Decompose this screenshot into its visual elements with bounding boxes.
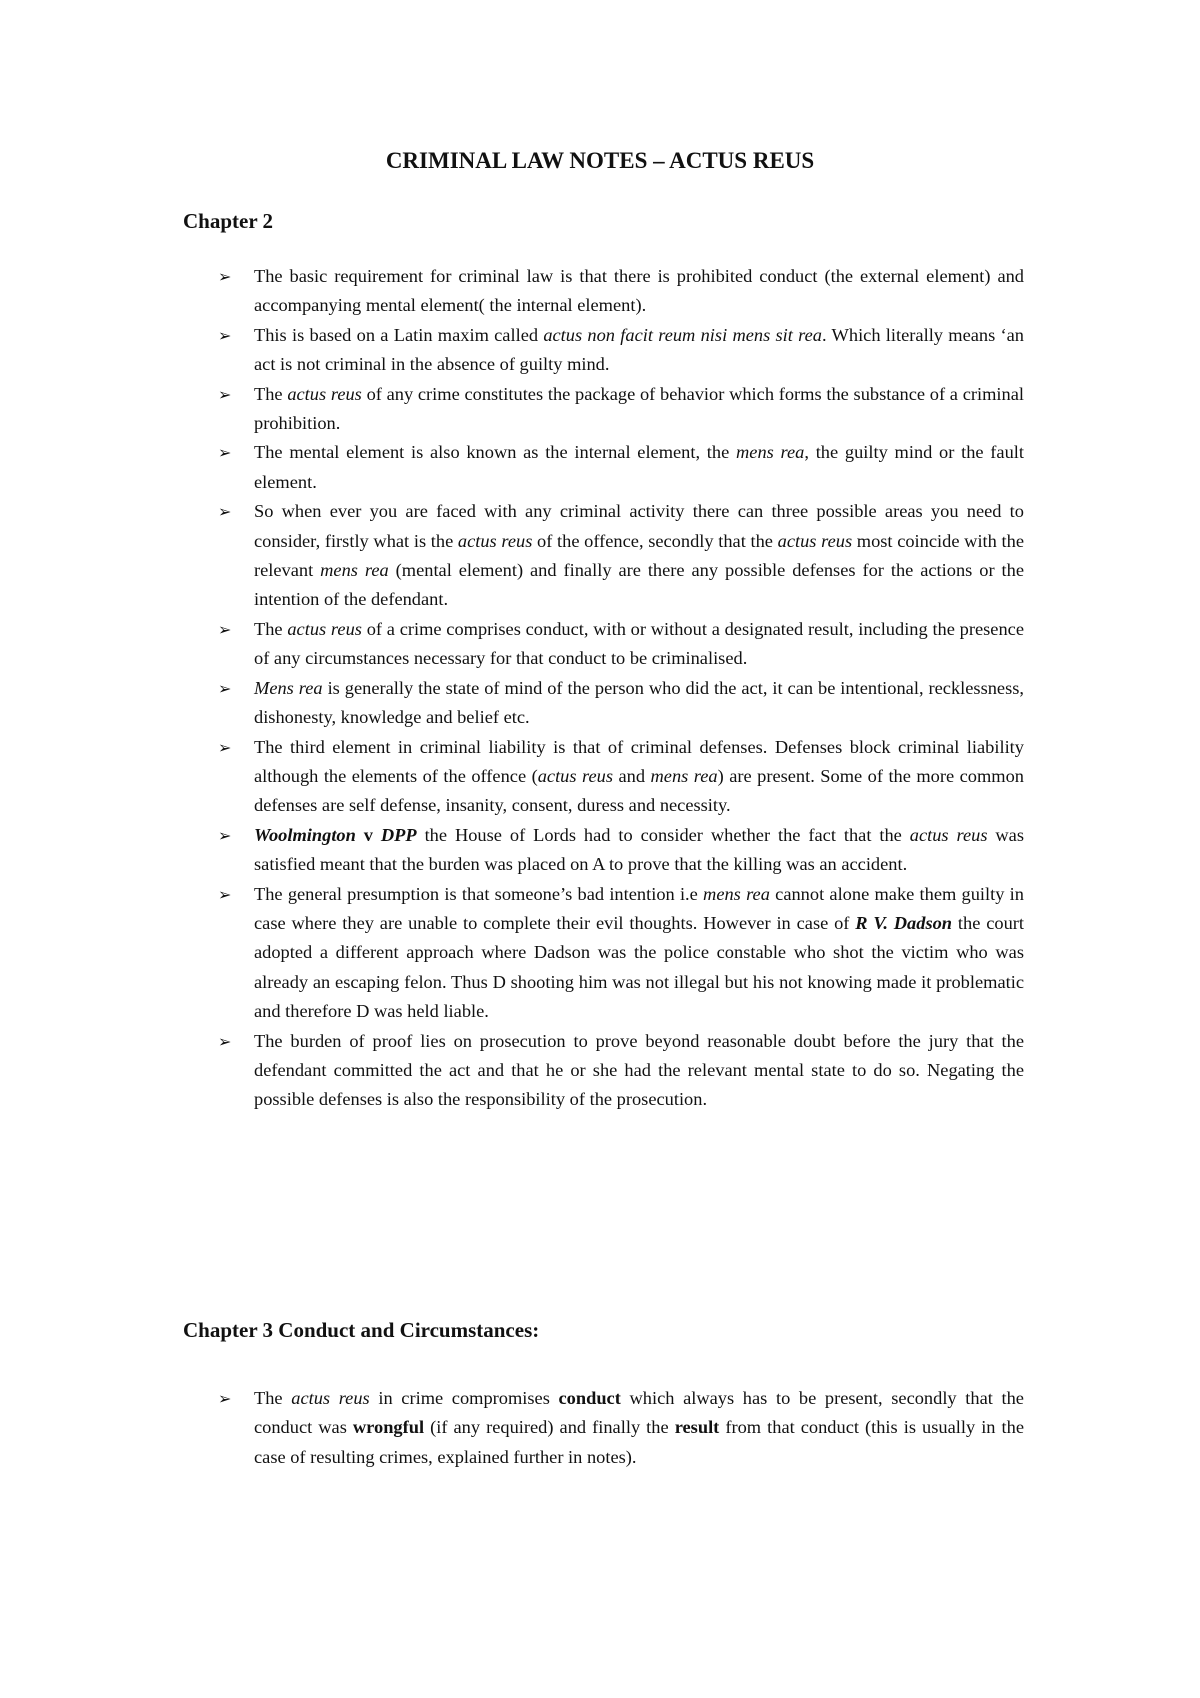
bullet-text: The actus reus of a crime comprises cond…	[254, 619, 1024, 668]
bullet-item: ➢The basic requirement for criminal law …	[218, 262, 1024, 321]
bullet-item: ➢The general presumption is that someone…	[218, 880, 1024, 1027]
arrowhead-bullet-icon: ➢	[218, 821, 231, 850]
document-title: CRIMINAL LAW NOTES – ACTUS REUS	[0, 148, 1200, 174]
arrowhead-bullet-icon: ➢	[218, 262, 231, 291]
arrowhead-bullet-icon: ➢	[218, 615, 231, 644]
bullet-item: ➢The burden of proof lies on prosecution…	[218, 1027, 1024, 1115]
bullet-text: This is based on a Latin maxim called ac…	[254, 325, 1024, 374]
chapter-2-bullet-list: ➢The basic requirement for criminal law …	[218, 262, 1024, 1115]
bullet-item: ➢The mental element is also known as the…	[218, 438, 1024, 497]
arrowhead-bullet-icon: ➢	[218, 733, 231, 762]
arrowhead-bullet-icon: ➢	[218, 880, 231, 909]
bullet-text: The third element in criminal liability …	[254, 737, 1024, 816]
arrowhead-bullet-icon: ➢	[218, 497, 231, 526]
bullet-item: ➢The actus reus of a crime comprises con…	[218, 615, 1024, 674]
bullet-text: The actus reus of any crime constitutes …	[254, 384, 1024, 433]
bullet-text: Woolmington v DPP the House of Lords had…	[254, 825, 1024, 874]
bullet-item: ➢The actus reus in crime compromises con…	[218, 1384, 1024, 1472]
bullet-item: ➢The third element in criminal liability…	[218, 733, 1024, 821]
bullet-text: Mens rea is generally the state of mind …	[254, 678, 1024, 727]
bullet-item: ➢The actus reus of any crime constitutes…	[218, 380, 1024, 439]
bullet-text: The general presumption is that someone’…	[254, 884, 1024, 1022]
chapter-3-bullet-list: ➢The actus reus in crime compromises con…	[218, 1384, 1024, 1472]
document-page: CRIMINAL LAW NOTES – ACTUS REUS Chapter …	[0, 0, 1200, 1698]
bullet-item: ➢Mens rea is generally the state of mind…	[218, 674, 1024, 733]
bullet-text: The actus reus in crime compromises cond…	[254, 1388, 1024, 1467]
bullet-text: The mental element is also known as the …	[254, 442, 1024, 491]
bullet-item: ➢Woolmington v DPP the House of Lords ha…	[218, 821, 1024, 880]
arrowhead-bullet-icon: ➢	[218, 1027, 231, 1056]
bullet-item: ➢So when ever you are faced with any cri…	[218, 497, 1024, 615]
arrowhead-bullet-icon: ➢	[218, 674, 231, 703]
chapter-3-heading: Chapter 3 Conduct and Circumstances:	[183, 1318, 539, 1343]
bullet-item: ➢This is based on a Latin maxim called a…	[218, 321, 1024, 380]
arrowhead-bullet-icon: ➢	[218, 380, 231, 409]
bullet-text: The basic requirement for criminal law i…	[254, 266, 1024, 315]
chapter-2-heading: Chapter 2	[183, 209, 273, 234]
arrowhead-bullet-icon: ➢	[218, 438, 231, 467]
bullet-text: So when ever you are faced with any crim…	[254, 501, 1024, 609]
arrowhead-bullet-icon: ➢	[218, 321, 231, 350]
arrowhead-bullet-icon: ➢	[218, 1384, 231, 1413]
bullet-text: The burden of proof lies on prosecution …	[254, 1031, 1024, 1110]
